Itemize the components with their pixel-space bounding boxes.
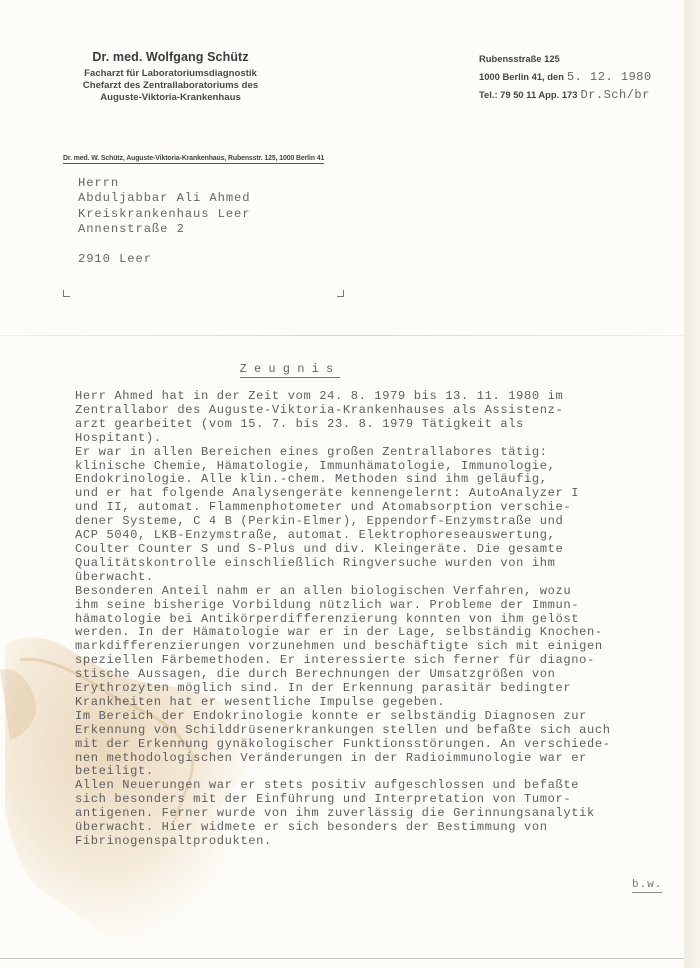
body-line: hämatologie bei Antikörperdifferenzierun… (75, 613, 675, 627)
body-line: Endokrinologie. Alle klin.-chem. Methode… (75, 473, 675, 487)
letterhead-city-date: 1000 Berlin 41, den5. 12. 1980 (479, 70, 689, 88)
body-line: Er war in allen Bereichen eines großen Z… (75, 446, 675, 460)
recipient-institution: Kreiskrankenhaus Leer (78, 207, 251, 222)
body-line: Besonderen Anteil nahm er an allen biolo… (75, 585, 675, 599)
body-line: Zentrallabor des Auguste-Viktoria-Kranke… (75, 404, 675, 418)
body-line: überwacht. Hier widmete er sich besonder… (75, 821, 675, 835)
body-line: beteiligt. (75, 765, 675, 779)
body-line: Coulter Counter S und S-Plus und div. Kl… (75, 543, 675, 557)
window-corner-mark (337, 290, 344, 297)
body-line: mit der Erkennung gynäkologischer Funkti… (75, 738, 675, 752)
body-line: Qualitätskontrolle einschließlich Ringve… (75, 557, 675, 571)
letterhead-phone-ref: Tel.: 79 50 11 App. 173Dr.Sch/br (479, 88, 689, 106)
document-body: Herr Ahmed hat in der Zeit vom 24. 8. 19… (75, 390, 675, 849)
letterhead: Dr. med. Wolfgang Schütz Facharzt für La… (58, 50, 283, 104)
body-line: antigenen. Ferner wurde von ihm zuverläs… (75, 807, 675, 821)
page-bottom-edge (0, 958, 684, 959)
body-line: werden. In der Hämatologie war er in der… (75, 626, 675, 640)
body-line: und er hat folgende Analysengeräte kenne… (75, 487, 675, 501)
page-edge (684, 0, 700, 968)
letter-date: 5. 12. 1980 (567, 70, 652, 84)
continuation-mark: b.w. (632, 879, 662, 893)
recipient-street: Annenstraße 2 (78, 222, 251, 237)
body-line: Fibrinogenspaltprodukten. (75, 835, 675, 849)
street-text: Rubensstraße 125 (479, 53, 560, 64)
body-line: Hospitant). (75, 432, 675, 446)
letterhead-title-3: Auguste-Viktoria-Krankenhaus (58, 92, 283, 104)
body-line: Erythrozyten möglich sind. In der Erkenn… (75, 682, 675, 696)
letterhead-street: Rubensstraße 125 (479, 52, 689, 70)
letterhead-title-1: Facharzt für Laboratoriumsdiagnostik (58, 68, 283, 80)
body-line: klinische Chemie, Hämatologie, Immunhäma… (75, 460, 675, 474)
city-text: 1000 Berlin 41, den (479, 71, 564, 82)
reference-code: Dr.Sch/br (581, 88, 650, 102)
letterhead-contact: Rubensstraße 125 1000 Berlin 41, den5. 1… (479, 52, 689, 106)
recipient-city: 2910 Leer (78, 252, 251, 267)
recipient-address: Herrn Abduljabbar Ali Ahmed Kreiskranken… (78, 176, 251, 267)
letterhead-title-2: Chefarzt des Zentrallaboratoriums des (58, 80, 283, 92)
document-title-text: Zeugnis (240, 362, 341, 378)
body-line: dener Systeme, C 4 B (Perkin-Elmer), Epp… (75, 515, 675, 529)
body-line: überwacht. (75, 571, 675, 585)
fold-line (0, 335, 684, 336)
letterhead-name: Dr. med. Wolfgang Schütz (58, 50, 283, 64)
body-line: Im Bereich der Endokrinologie konnte er … (75, 710, 675, 724)
body-line: Herr Ahmed hat in der Zeit vom 24. 8. 19… (75, 390, 675, 404)
phone-text: Tel.: 79 50 11 App. 173 (479, 89, 578, 100)
body-line: markdifferenzierungen vorzunehmen und be… (75, 640, 675, 654)
return-address-line: Dr. med. W. Schütz, Auguste-Viktoria-Kra… (63, 155, 324, 164)
body-line: speziellen Färbemethoden. Er interessier… (75, 654, 675, 668)
document-title: Zeugnis (220, 362, 360, 376)
body-line: nen methodologischen Veränderungen in de… (75, 752, 675, 766)
recipient-salutation: Herrn (78, 176, 251, 191)
body-line: ihm seine bisherige Vorbildung nützlich … (75, 599, 675, 613)
body-line: sich besonders mit der Einführung und In… (75, 793, 675, 807)
body-line: Krankheiten hat er wesentliche Impulse g… (75, 696, 675, 710)
letter-page: Dr. med. Wolfgang Schütz Facharzt für La… (0, 0, 685, 968)
window-corner-mark (63, 290, 70, 297)
body-line: ACP 5040, LKB-Enzymstraße, automat. Elek… (75, 529, 675, 543)
body-line: stische Aussagen, die durch Berechnungen… (75, 668, 675, 682)
body-line: und II, automat. Flammenphotometer und A… (75, 501, 675, 515)
body-line: arzt gearbeitet (vom 15. 7. bis 23. 8. 1… (75, 418, 675, 432)
body-line: Erkennung von Schilddrüsenerkrankungen s… (75, 724, 675, 738)
recipient-name: Abduljabbar Ali Ahmed (78, 191, 251, 206)
body-line: Allen Neuerungen war er stets positiv au… (75, 779, 675, 793)
